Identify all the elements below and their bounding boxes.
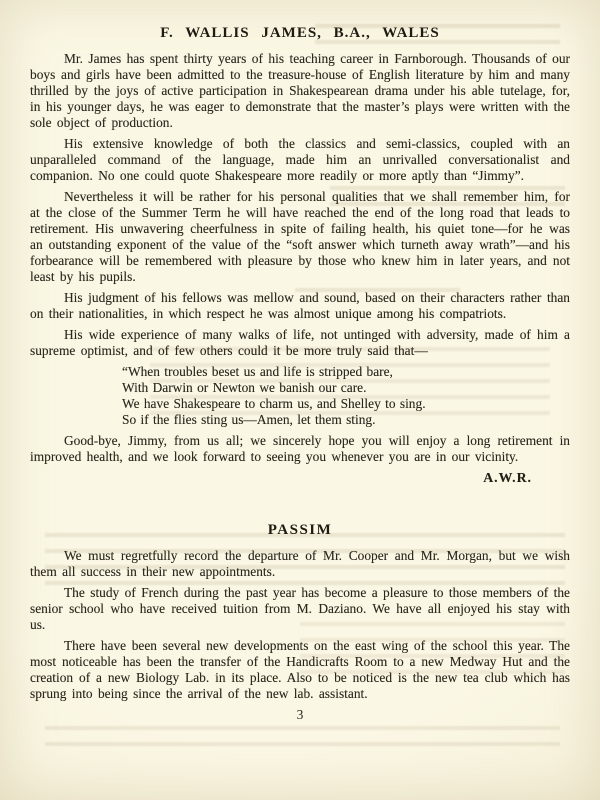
verse-line: We have Shakespeare to charm us, and She…	[122, 396, 570, 412]
tribute-title: F. WALLIS JAMES, B.A., WALES	[30, 25, 570, 42]
tribute-paragraph: His extensive knowledge of both the clas…	[30, 136, 570, 184]
page-number: 3	[30, 707, 570, 723]
quoted-verse: “When troubles beset us and life is stri…	[122, 364, 570, 428]
tribute-paragraph: His judgment of his fellows was mellow a…	[30, 290, 570, 322]
verse-line: With Darwin or Newton we banish our care…	[122, 380, 570, 396]
ink-bleedthrough-artifact	[45, 726, 560, 756]
verse-line: “When troubles beset us and life is stri…	[122, 364, 570, 380]
tribute-paragraph: Nevertheless it will be rather for his p…	[30, 189, 570, 285]
passim-paragraph: We must regretfully record the departure…	[30, 548, 570, 580]
tribute-paragraph: His wide experience of many walks of lif…	[30, 327, 570, 359]
author-initials: A.W.R.	[30, 470, 570, 486]
tribute-farewell-paragraph: Good-bye, Jimmy, from us all; we sincere…	[30, 433, 570, 465]
passim-paragraph: There have been several new developments…	[30, 638, 570, 702]
passim-title: PASSIM	[30, 522, 570, 539]
passim-paragraph: The study of French during the past year…	[30, 585, 570, 633]
page-content: F. WALLIS JAMES, B.A., WALES Mr. James h…	[30, 25, 570, 723]
tribute-article: F. WALLIS JAMES, B.A., WALES Mr. James h…	[30, 25, 570, 486]
verse-line: So if the flies sting us—Amen, let them …	[122, 412, 570, 428]
passim-section: PASSIM We must regretfully record the de…	[30, 522, 570, 702]
tribute-paragraph: Mr. James has spent thirty years of his …	[30, 51, 570, 131]
scanned-magazine-page: F. WALLIS JAMES, B.A., WALES Mr. James h…	[0, 0, 600, 800]
